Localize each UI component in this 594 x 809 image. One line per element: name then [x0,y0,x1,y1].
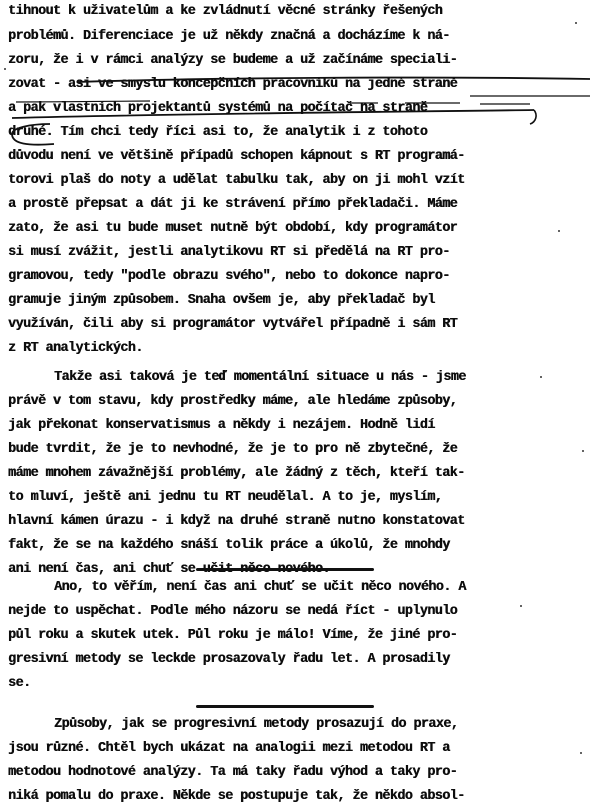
text-line: Ano, to věřím, není čas ani chuť se učit… [54,579,466,597]
text-line: tihnout k uživatelům a ke zvládnutí věcn… [8,3,442,21]
text-line: to mluví, ještě ani jednu tu RT neudělal… [8,489,442,507]
text-line: jsou různé. Chtěl bych ukázat na analogi… [8,740,450,758]
text-line: a pak vlastních projektantů systémů na p… [8,100,427,118]
section-separator [196,568,374,571]
scan-speck [558,230,560,232]
text-line: gresivní metody se leckde prosazovaly řa… [8,651,450,669]
text-line: zovat - asi ve smyslu koncepčních pracov… [8,76,457,94]
text-line: půl roku a skutek utek. Půl roku je málo… [8,627,457,645]
text-line: a prostě přepsat a dát ji ke strávení př… [8,196,457,214]
text-line: důvodu není ve většině případů schopen k… [8,148,465,166]
text-line: druhé. Tím chci tedy říci asi to, že ana… [8,124,427,142]
scan-speck [4,68,6,70]
text-line: niká pomalu do praxe. Někde se postupuje… [8,788,465,806]
text-line: máme mnohem závažnější problémy, ale žád… [8,465,465,483]
text-line: Způsoby, jak se progresivní metody prosa… [54,716,458,734]
text-line: z RT analytických. [8,340,143,358]
text-line: zoru, že i v rámci analýzy se budeme a u… [8,52,457,70]
text-line: problémů. Diferenciace je už někdy značn… [8,28,450,46]
scan-speck [520,605,522,607]
text-line: nejde to uspěchat. Podle mého názoru se … [8,603,457,621]
text-line: fakt, že se na každého snáší tolik práce… [8,537,450,555]
scan-speck [540,376,542,378]
text-line: metodou hodnotové analýzy. Ta má taky řa… [8,764,457,782]
text-line: si musí zvážit, jestli analytikovu RT si… [8,244,450,262]
text-line: torovi plaš do noty a udělat tabulku tak… [8,172,465,190]
scan-speck [582,450,584,452]
section-separator [196,705,374,708]
text-line: jak překonat konservatismus a někdy i ne… [8,417,435,435]
text-line: hlavní kámen úrazu - i když na druhé str… [8,513,465,531]
scan-speck [580,752,582,754]
text-line: se. [8,675,30,693]
text-line: gramuje jiným způsobem. Snaha ovšem je, … [8,292,435,310]
text-line: právě v tom stavu, kdy prostředky máme, … [8,393,457,411]
text-line: bude tvrdit, že je to nevhodné, že je to… [8,441,457,459]
text-line: gramovou, tedy "podle obrazu svého", neb… [8,268,450,286]
scanned-document-page: tihnout k uživatelům a ke zvládnutí věcn… [0,0,594,809]
text-line: využíván, čili aby si programátor vytvář… [8,316,457,334]
scan-speck [575,22,577,24]
text-line: Takže asi taková je teď momentální situa… [54,369,466,387]
text-line: zato, že asi tu bude muset nutně být obd… [8,220,457,238]
